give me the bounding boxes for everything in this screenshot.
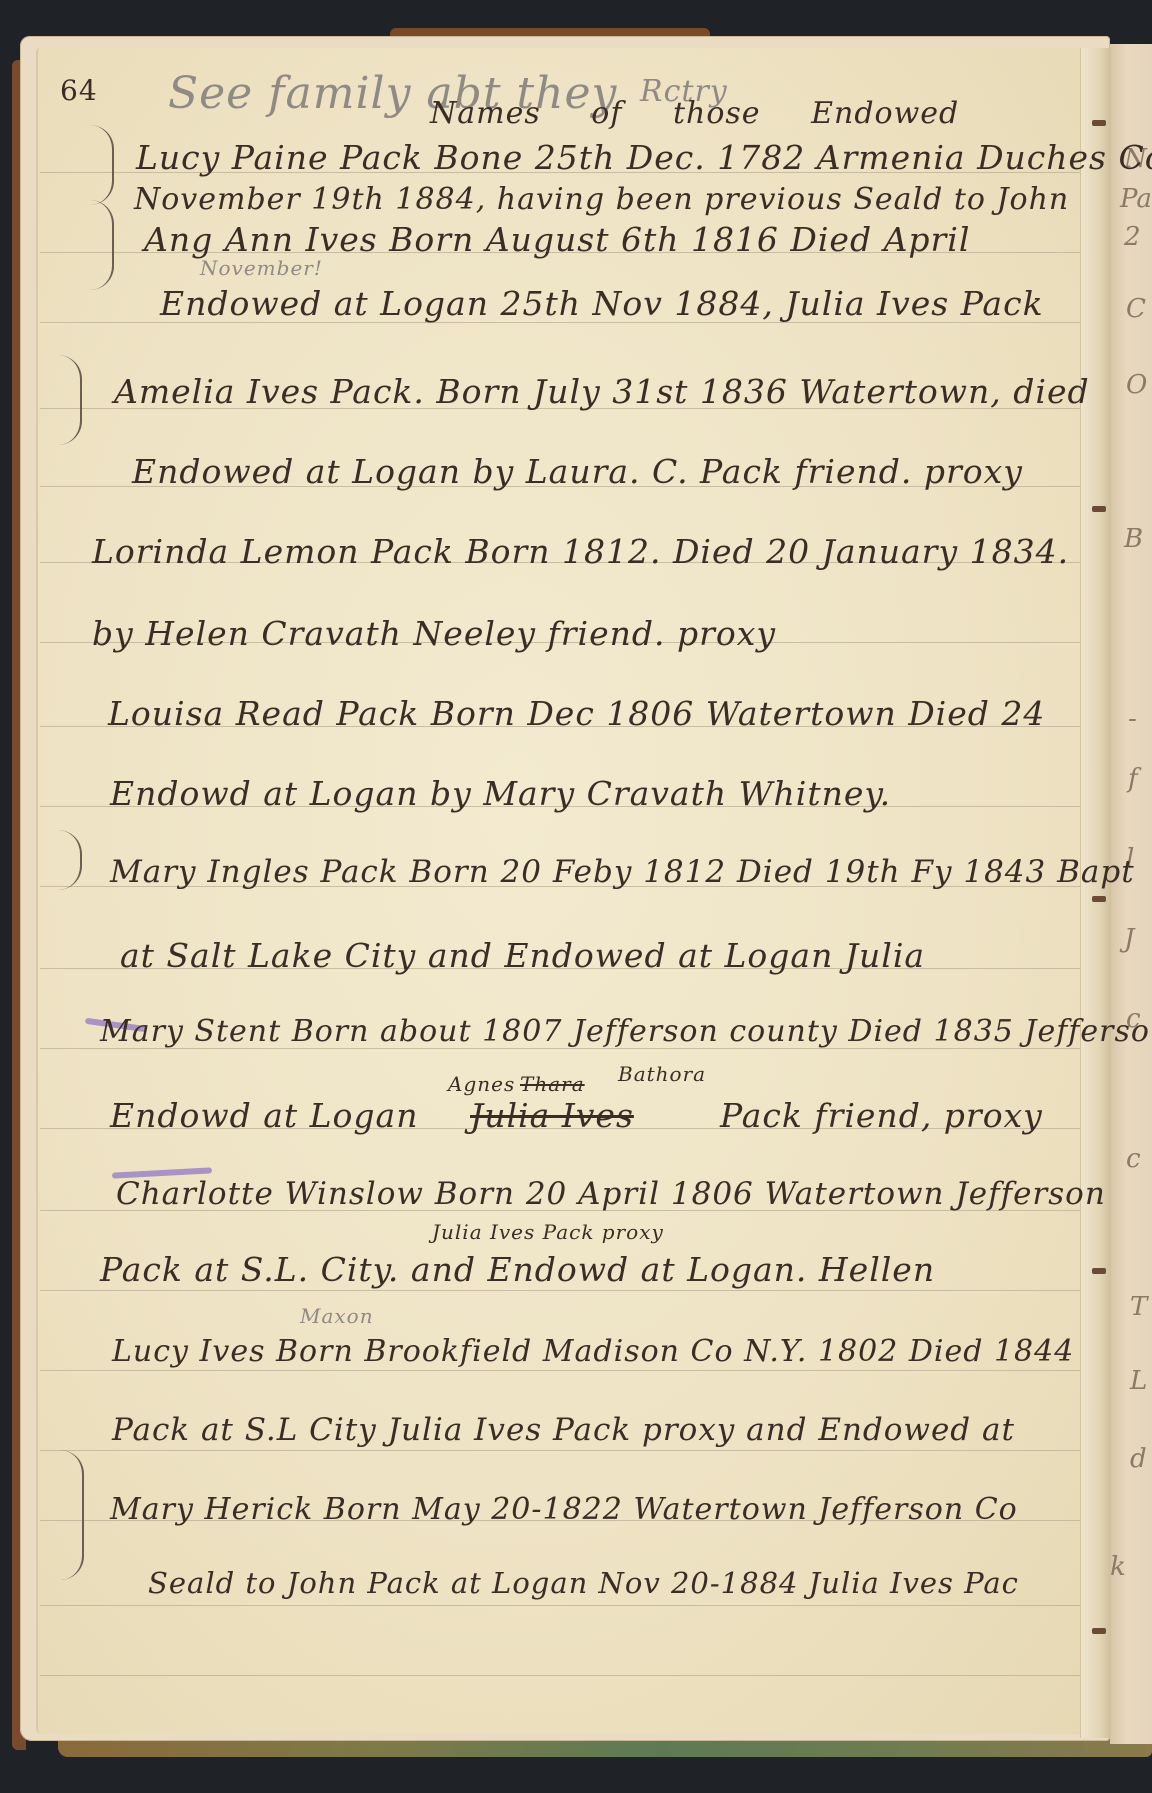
struck-insertion: Thara <box>520 1072 585 1096</box>
insertion: Bathora <box>618 1062 706 1086</box>
entry-line: Lucy Paine Pack Bone 25th Dec. 1782 Arme… <box>136 138 1152 177</box>
entry-line: Lorinda Lemon Pack Born 1812. Died 20 Ja… <box>92 532 1069 571</box>
ruled-line <box>40 1450 1080 1451</box>
margin-bracket <box>60 1450 84 1580</box>
entry-line: Pack at S.L. City. and Endowd at Logan. … <box>100 1250 935 1289</box>
entry-line: Mary Stent Born about 1807 Jefferson cou… <box>100 1014 1152 1049</box>
margin-bracket <box>90 200 114 290</box>
entry-line: at Salt Lake City and Endowed at Logan J… <box>120 936 925 975</box>
entry-line: Amelia Ives Pack. Born July 31st 1836 Wa… <box>114 372 1090 411</box>
page-title: Names of those Endowed <box>430 96 959 131</box>
binding-notch <box>1092 1268 1106 1274</box>
adjacent-fragment: 2 <box>1124 222 1141 252</box>
entry-line: Endowd at Logan <box>110 1096 418 1135</box>
entry-line: Ang Ann Ives Born August 6th 1816 Died A… <box>144 220 970 259</box>
adjacent-fragment: - <box>1128 704 1137 734</box>
entry-line: Mary Ingles Pack Born 20 Feby 1812 Died … <box>110 854 1135 890</box>
binding-notch <box>1092 1628 1106 1634</box>
adjacent-fragment: f <box>1128 764 1138 794</box>
adjacent-fragment: d <box>1130 1444 1147 1474</box>
adjacent-fragment: c <box>1126 1144 1141 1174</box>
margin-bracket <box>58 355 82 445</box>
ruled-line <box>40 1290 1080 1291</box>
entry-line: Endowd at Logan by Mary Cravath Whitney. <box>110 774 891 813</box>
page-gutter <box>1080 48 1111 1738</box>
entry-line: Mary Herick Born May 20-1822 Watertown J… <box>110 1492 1018 1527</box>
pencil-insertion: Maxon <box>300 1304 374 1328</box>
adjacent-fragment: O <box>1126 370 1147 400</box>
entry-line: Seald to John Pack at Logan Nov 20-1884 … <box>148 1566 1019 1600</box>
ruled-line <box>40 1675 1080 1676</box>
adjacent-fragment: Pa <box>1120 184 1152 214</box>
entry-line: Louisa Read Pack Born Dec 1806 Watertown… <box>108 694 1045 733</box>
entry-line: Pack at S.L City Julia Ives Pack proxy a… <box>112 1412 1015 1448</box>
entry-line: November 19th 1884, having been previous… <box>134 182 1069 217</box>
entry-line: Lucy Ives Born Brookfield Madison Co N.Y… <box>112 1334 1074 1369</box>
adjacent-page: N Pa 2 C O B - f l J c c T L d k <box>1110 44 1152 1744</box>
adjacent-fragment: T <box>1130 1292 1147 1322</box>
binding-notch <box>1092 506 1106 512</box>
ruled-line <box>40 1370 1080 1371</box>
margin-bracket <box>90 125 114 205</box>
adjacent-fragment: B <box>1124 524 1143 554</box>
adjacent-fragment: k <box>1110 1552 1126 1582</box>
adjacent-fragment: J <box>1124 924 1134 954</box>
binding-notch <box>1092 896 1106 902</box>
insertion: Agnes <box>448 1072 515 1096</box>
scan-scene: N Pa 2 C O B - f l J c c T L d k <box>0 0 1152 1793</box>
entry-line: Endowed at Logan 25th Nov 1884, Julia Iv… <box>160 284 1044 323</box>
pencil-insertion: November! <box>200 256 323 280</box>
ruled-line <box>40 1605 1080 1606</box>
struck-name: Julia Ives <box>470 1096 634 1135</box>
insertion: Julia Ives Pack proxy <box>432 1220 664 1244</box>
binding-notch <box>1092 120 1106 126</box>
entry-line: by Helen Cravath Neeley friend. proxy <box>92 614 776 653</box>
entry-line: Endowed at Logan by Laura. C. Pack frien… <box>132 452 1023 491</box>
page-number: 64 <box>60 74 98 107</box>
entry-line: Pack friend, proxy <box>720 1096 1043 1135</box>
entry-line: Charlotte Winslow Born 20 April 1806 Wat… <box>116 1176 1106 1212</box>
adjacent-fragment: C <box>1126 294 1146 324</box>
adjacent-fragment: L <box>1130 1366 1147 1396</box>
